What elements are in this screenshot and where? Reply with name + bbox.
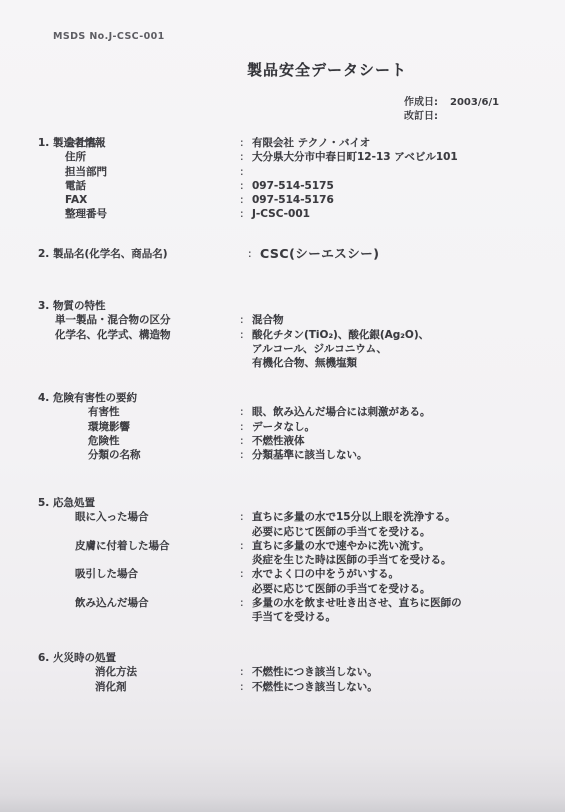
row-value	[252, 165, 458, 179]
row-value: 水でよく口の中をうがいする。	[252, 567, 462, 581]
row-value: 酸化チタン(TiO₂)、酸化銀(Ag₂O)、	[252, 328, 429, 342]
row-label	[38, 356, 240, 370]
section-manufacturer-info: 1. 製造者情報 会社名 : 有限会社 テクノ・バイオ 住所 : 大分県大分市中…	[38, 136, 458, 222]
row-ingestion: 飲み込んだ場合 : 多量の水を飲ませ吐き出させ、直ちに医師の	[38, 596, 462, 610]
row-label: FAX	[38, 193, 240, 207]
row-eye-contact-cont: 必要に応じて医師の手当てを受ける。	[38, 525, 462, 539]
section-5-heading: 5. 応急処置	[38, 496, 462, 510]
date-block: 作成日: 2003/6/1 改訂日:	[404, 96, 499, 124]
row-label: 飲み込んだ場合	[38, 596, 240, 610]
colon: :	[248, 247, 260, 261]
row-value: 混合物	[252, 313, 429, 327]
row-label: 担当部門	[38, 165, 240, 179]
row-label: 危険性	[38, 434, 240, 448]
row-ingestion-cont: 手当てを受ける。	[38, 610, 462, 624]
revised-date-label: 改訂日:	[404, 110, 446, 124]
row-label: 整理番号	[38, 207, 240, 221]
colon: :	[240, 165, 252, 179]
revised-date-row: 改訂日:	[404, 110, 499, 124]
row-label: 分類の名称	[38, 448, 240, 462]
colon: :	[240, 420, 252, 434]
row-extinguishing-agent: 消化剤 : 不燃性につき該当しない。	[38, 680, 378, 694]
revised-date-value	[446, 110, 499, 124]
colon: :	[240, 434, 252, 448]
colon: :	[240, 680, 252, 694]
section-first-aid: 5. 応急処置 眼に入った場合 : 直ちに多量の水で15分以上眼を洗浄する。 必…	[38, 496, 462, 625]
row-value: 不燃性につき該当しない。	[252, 680, 378, 694]
row-reference-number: 整理番号 : J-CSC-001	[38, 207, 458, 221]
colon: :	[240, 596, 252, 610]
row-chemical-composition: 化学名、化学式、構造物 : 酸化チタン(TiO₂)、酸化銀(Ag₂O)、	[38, 328, 429, 342]
row-mixture-class: 単一製品・混合物の区分 : 混合物	[38, 313, 429, 327]
colon: :	[240, 567, 252, 581]
row-value: データなし。	[252, 420, 431, 434]
row-label: 吸引した場合	[38, 567, 240, 581]
colon: :	[240, 179, 252, 193]
row-value: 有機化合物、無機塩類	[252, 356, 429, 370]
colon	[240, 610, 252, 624]
row-danger: 危険性 : 不燃性液体	[38, 434, 431, 448]
created-date-value: 2003/6/1	[446, 96, 499, 110]
row-skin-contact-cont: 炎症を生じた時は医師の手当てを受ける。	[38, 553, 462, 567]
colon: :	[240, 448, 252, 462]
colon: :	[240, 328, 252, 342]
colon: :	[240, 510, 252, 524]
row-label: 眼に入った場合	[38, 510, 240, 524]
colon: :	[240, 150, 252, 164]
row-value: 必要に応じて医師の手当てを受ける。	[252, 525, 462, 539]
colon: :	[240, 207, 252, 221]
row-label: 電話	[38, 179, 240, 193]
row-classification: 分類の名称 : 分類基準に該当しない。	[38, 448, 431, 462]
row-label: 消化方法	[38, 665, 240, 679]
row-label: 有害性	[38, 405, 240, 419]
created-date-label: 作成日:	[404, 96, 446, 110]
row-value: 097-514-5176	[252, 193, 458, 207]
colon	[240, 525, 252, 539]
section-fire-measures: 6. 火災時の処置 消化方法 : 不燃性につき該当しない。 消化剤 : 不燃性に…	[38, 651, 378, 694]
row-value: 炎症を生じた時は医師の手当てを受ける。	[252, 553, 462, 567]
section-4-heading: 4. 危険有害性の要約	[38, 391, 431, 405]
row-value: アルコール、ジルコニウム、	[252, 342, 429, 356]
row-label: 環境影響	[38, 420, 240, 434]
section-6-heading: 6. 火災時の処置	[38, 651, 378, 665]
colon: :	[240, 665, 252, 679]
row-eye-contact: 眼に入った場合 : 直ちに多量の水で15分以上眼を洗浄する。	[38, 510, 462, 524]
colon: :	[240, 136, 252, 150]
row-value: 有限会社 テクノ・バイオ	[252, 136, 458, 150]
row-phone: 電話 : 097-514-5175	[38, 179, 458, 193]
product-name-value: CSC(シーエスシー)	[260, 247, 380, 261]
row-value: 不燃性につき該当しない。	[252, 665, 378, 679]
row-value: 直ちに多量の水で速やかに洗い流す。	[252, 539, 462, 553]
row-value: 大分県大分市中春日町12-13 アベビル101	[252, 150, 458, 164]
row-value: 多量の水を飲ませ吐き出させ、直ちに医師の	[252, 596, 462, 610]
row-label: 皮膚に付着した場合	[38, 539, 240, 553]
section-3-heading: 3. 物質の特性	[38, 299, 429, 313]
colon	[240, 582, 252, 596]
row-address: 住所 : 大分県大分市中春日町12-13 アベビル101	[38, 150, 458, 164]
document-title: 製品安全データシート	[247, 59, 407, 80]
colon	[240, 342, 252, 356]
row-label: 単一製品・混合物の区分	[38, 313, 240, 327]
row-environmental-impact: 環境影響 : データなし。	[38, 420, 431, 434]
row-value: 097-514-5175	[252, 179, 458, 193]
colon: :	[240, 539, 252, 553]
row-label	[38, 582, 240, 596]
row-label	[38, 342, 240, 356]
row-toxicity: 有害性 : 眼、飲み込んだ場合には刺激がある。	[38, 405, 431, 419]
created-date-row: 作成日: 2003/6/1	[404, 96, 499, 110]
row-inhalation: 吸引した場合 : 水でよく口の中をうがいする。	[38, 567, 462, 581]
msds-document-page: MSDS No.J-CSC-001 製品安全データシート 作成日: 2003/6…	[0, 0, 565, 812]
row-label	[38, 525, 240, 539]
colon	[240, 553, 252, 567]
row-label	[38, 553, 240, 567]
row-value: 手当てを受ける。	[252, 610, 462, 624]
row-chemical-composition-cont: 有機化合物、無機塩類	[38, 356, 429, 370]
colon: :	[240, 193, 252, 207]
section-hazard-summary: 4. 危険有害性の要約 有害性 : 眼、飲み込んだ場合には刺激がある。 環境影響…	[38, 391, 431, 462]
row-chemical-composition-cont: アルコール、ジルコニウム、	[38, 342, 429, 356]
section-1-heading: 1. 製造者情報	[38, 136, 105, 150]
row-label: 住所	[38, 150, 240, 164]
colon	[240, 356, 252, 370]
row-inhalation-cont: 必要に応じて医師の手当てを受ける。	[38, 582, 462, 596]
section-substance-properties: 3. 物質の特性 単一製品・混合物の区分 : 混合物 化学名、化学式、構造物 :…	[38, 299, 429, 370]
msds-number: MSDS No.J-CSC-001	[53, 31, 165, 42]
section-2-heading: 2. 製品名(化学名、商品名)	[38, 247, 248, 261]
row-label: 消化剤	[38, 680, 240, 694]
row-value: 必要に応じて医師の手当てを受ける。	[252, 582, 462, 596]
row-value: 直ちに多量の水で15分以上眼を洗浄する。	[252, 510, 462, 524]
colon: :	[240, 313, 252, 327]
section-product-name: 2. 製品名(化学名、商品名) : CSC(シーエスシー)	[38, 247, 380, 261]
row-value: 眼、飲み込んだ場合には刺激がある。	[252, 405, 431, 419]
row-label: 化学名、化学式、構造物	[38, 328, 240, 342]
row-value: 分類基準に該当しない。	[252, 448, 431, 462]
row-fax: FAX : 097-514-5176	[38, 193, 458, 207]
colon: :	[240, 405, 252, 419]
row-label	[38, 610, 240, 624]
row-product-name: 2. 製品名(化学名、商品名) : CSC(シーエスシー)	[38, 247, 380, 261]
row-extinguishing-method: 消化方法 : 不燃性につき該当しない。	[38, 665, 378, 679]
row-department: 担当部門 :	[38, 165, 458, 179]
row-value: J-CSC-001	[252, 207, 458, 221]
row-value: 不燃性液体	[252, 434, 431, 448]
row-skin-contact: 皮膚に付着した場合 : 直ちに多量の水で速やかに洗い流す。	[38, 539, 462, 553]
